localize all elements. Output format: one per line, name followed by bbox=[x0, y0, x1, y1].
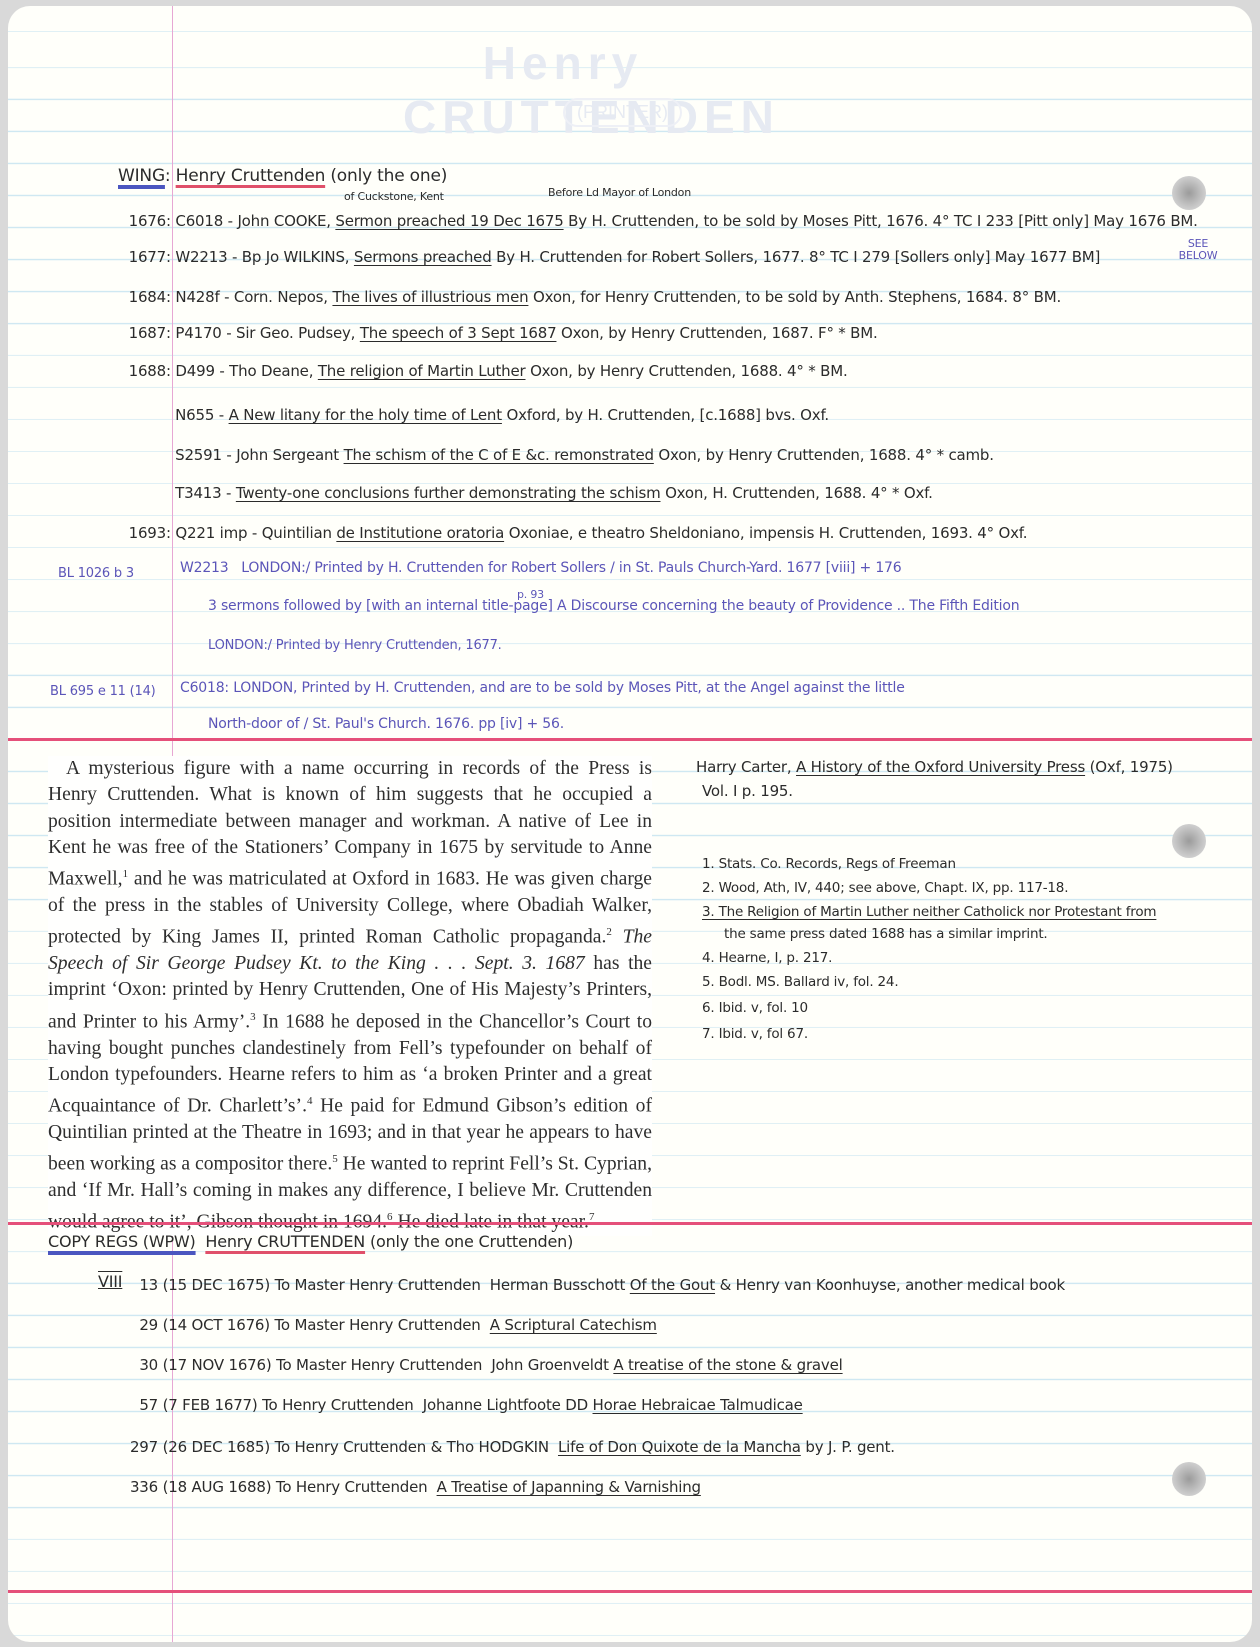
bl-note-1-line-3: LONDON:/ Printed by Henry Cruttenden, 16… bbox=[208, 638, 502, 653]
copy-regs-note: (only the one Cruttenden) bbox=[370, 1232, 573, 1251]
entry-author: John Sergeant bbox=[236, 446, 339, 464]
register-date: (26 DEC 1685) bbox=[163, 1438, 270, 1456]
entry-ref: N655 bbox=[175, 406, 214, 424]
wing-entry: T3413 - Twenty-one conclusions further d… bbox=[118, 484, 933, 502]
entry-title: The religion of Martin Luther bbox=[318, 362, 526, 380]
faded-subtitle: (PRINTER) bbox=[563, 98, 682, 127]
entry-imprint: Oxon, by Henry Cruttenden, 1688. 4° * ca… bbox=[658, 446, 993, 464]
register-to: To Master Henry Cruttenden bbox=[275, 1316, 481, 1334]
entry-ref: N428f bbox=[175, 288, 219, 306]
bl-note-2-line-1: C6018: LONDON, Printed by H. Cruttenden,… bbox=[180, 680, 905, 696]
entry-ref: D499 bbox=[175, 362, 214, 380]
register-rest: by J. P. gent. bbox=[805, 1438, 894, 1456]
wing-entry: 1688: D499 - Tho Deane, The religion of … bbox=[118, 362, 848, 380]
wing-entry: 1687: P4170 - Sir Geo. Pudsey, The speec… bbox=[118, 324, 878, 342]
wing-entry: S2591 - John Sergeant The schism of the … bbox=[118, 446, 994, 464]
footnote: 5. Bodl. MS. Ballard iv, fol. 24. bbox=[702, 974, 898, 990]
entry-year: 1677 bbox=[118, 248, 166, 266]
section-divider bbox=[8, 738, 1252, 741]
see-below-note: SEE BELOW bbox=[1178, 238, 1218, 262]
entry-author: Corn. Nepos, bbox=[234, 288, 328, 306]
register-entry: 30 (17 NOV 1676) To Master Henry Crutten… bbox=[108, 1356, 843, 1374]
register-date: (18 AUG 1688) bbox=[163, 1478, 272, 1496]
entry-year: 1688 bbox=[118, 362, 166, 380]
punch-hole bbox=[1172, 1462, 1206, 1496]
wing-name: Henry Cruttenden bbox=[176, 166, 326, 186]
wing-entry: 1684: N428f - Corn. Nepos, The lives of … bbox=[118, 288, 1061, 306]
entry-ref: Q221 imp bbox=[175, 524, 247, 542]
entry-year: 1693 bbox=[118, 524, 166, 542]
entry-title: The speech of 3 Sept 1687 bbox=[360, 324, 557, 342]
register-page: 13 bbox=[108, 1276, 158, 1294]
register-date: (14 OCT 1676) bbox=[163, 1316, 270, 1334]
bl-note-1-line-1: W2213 LONDON:/ Printed by H. Cruttenden … bbox=[180, 560, 901, 576]
entry-ref: P4170 bbox=[175, 324, 221, 342]
register-page: 297 bbox=[108, 1438, 158, 1456]
wing-note: (only the one) bbox=[330, 166, 447, 186]
entry-imprint: By H. Cruttenden, to be sold by Moses Pi… bbox=[568, 212, 1198, 230]
entry-title: Sermon preached 19 Dec 1675 bbox=[335, 212, 563, 230]
entry-ref: S2591 bbox=[175, 446, 222, 464]
entry-ref: C6018 bbox=[175, 212, 223, 230]
entry-author: Bp Jo WILKINS, bbox=[242, 248, 350, 266]
notebook-page: Henry CRUTTENDEN (PRINTER) WING: Henry C… bbox=[8, 6, 1252, 1642]
entry-imprint: Oxoniae, e theatro Sheldoniano, impensis… bbox=[509, 524, 1028, 542]
bl-note-2-line-2: North-door of / St. Paul's Church. 1676.… bbox=[208, 716, 564, 732]
footnote: 4. Hearne, I, p. 217. bbox=[702, 950, 832, 966]
register-page: 29 bbox=[108, 1316, 158, 1334]
register-title: Life of Don Quixote de la Mancha bbox=[558, 1438, 801, 1456]
wing-entry: N655 - A New litany for the holy time of… bbox=[118, 406, 829, 424]
register-title: A treatise of the stone & gravel bbox=[613, 1356, 842, 1374]
register-to: To Henry Cruttenden & Tho HODGKIN bbox=[275, 1438, 549, 1456]
footnote: 3. The Religion of Martin Luther neither… bbox=[702, 904, 1156, 920]
register-title: Horae Hebraicae Talmudicae bbox=[593, 1396, 803, 1414]
entry-year: 1676 bbox=[118, 212, 166, 230]
bl-shelfmark-2: BL 695 e 11 (14) bbox=[50, 684, 156, 699]
entry-title: Twenty-one conclusions further demonstra… bbox=[236, 484, 661, 502]
register-entry: 57 (7 FEB 1677) To Henry Cruttenden Joha… bbox=[108, 1396, 803, 1414]
entry-ref: T3413 bbox=[175, 484, 221, 502]
entry-title: The schism of the C of E &c. remonstrate… bbox=[344, 446, 654, 464]
copy-regs-heading: COPY REGS (WPW) Henry CRUTTENDEN (only t… bbox=[48, 1232, 573, 1251]
wing-label: WING bbox=[118, 166, 165, 186]
entry-author: Sir Geo. Pudsey, bbox=[236, 324, 355, 342]
footnote: 6. Ibid. v, fol. 10 bbox=[702, 1000, 808, 1016]
bl-note-1-line-2: 3 sermons followed by [with an internal … bbox=[208, 598, 1019, 614]
entry-author: Tho Deane, bbox=[229, 362, 313, 380]
wing-entry: 1676: C6018 - John COOKE, Sermon preache… bbox=[118, 212, 1198, 230]
footnote: 2. Wood, Ath, IV, 440; see above, Chapt.… bbox=[702, 880, 1068, 896]
register-date: (15 DEC 1675) bbox=[163, 1276, 270, 1294]
register-entry: 297 (26 DEC 1685) To Henry Cruttenden & … bbox=[108, 1438, 895, 1456]
register-title: A Treatise of Japanning & Varnishing bbox=[437, 1478, 701, 1496]
register-title: A Scriptural Catechism bbox=[490, 1316, 657, 1334]
bl-shelfmark-1: BL 1026 b 3 bbox=[58, 566, 134, 581]
punch-hole bbox=[1172, 824, 1206, 858]
entry-imprint: Oxford, by H. Cruttenden, [c.1688] bvs. … bbox=[506, 406, 829, 424]
register-entry: 13 (15 DEC 1675) To Master Henry Crutten… bbox=[108, 1276, 1065, 1294]
entry-title: de Institutione oratoria bbox=[336, 524, 504, 542]
entry-year: 1684 bbox=[118, 288, 166, 306]
wing-heading: WING: Henry Cruttenden (only the one) bbox=[118, 166, 447, 186]
entry-year: 1687 bbox=[118, 324, 166, 342]
copy-regs-name: Henry CRUTTENDEN bbox=[205, 1232, 365, 1251]
wing-entry: 1677: W2213 - Bp Jo WILKINS, Sermons pre… bbox=[118, 248, 1100, 266]
copy-regs-label: COPY REGS (WPW) bbox=[48, 1232, 196, 1251]
entry-imprint: By H. Cruttenden for Robert Sollers, 167… bbox=[496, 248, 1100, 266]
section-divider bbox=[8, 1590, 1252, 1593]
register-page: 336 bbox=[108, 1478, 158, 1496]
annotation-author: of Cuckstone, Kent bbox=[344, 190, 444, 203]
entry-title: Sermons preached bbox=[354, 248, 492, 266]
register-author: Herman Busschott bbox=[490, 1276, 625, 1294]
entry-imprint: Oxon, by Henry Cruttenden, 1687. F° * BM… bbox=[561, 324, 878, 342]
entry-ref: W2213 bbox=[175, 248, 227, 266]
faded-title: Henry CRUTTENDEN bbox=[403, 36, 723, 144]
section-divider bbox=[8, 1222, 1252, 1225]
wing-entry: 1693: Q221 imp - Quintilian de Instituti… bbox=[118, 524, 1027, 542]
entry-title: The lives of illustrious men bbox=[332, 288, 528, 306]
source-citation: Harry Carter, A History of the Oxford Un… bbox=[696, 758, 1173, 776]
register-to: To Master Henry Cruttenden bbox=[275, 1276, 481, 1294]
entry-author: John COOKE, bbox=[237, 212, 330, 230]
register-page: 57 bbox=[108, 1396, 158, 1414]
punch-hole bbox=[1172, 176, 1206, 210]
register-to: To Master Henry Cruttenden bbox=[276, 1356, 482, 1374]
entry-imprint: Oxon, for Henry Cruttenden, to be sold b… bbox=[533, 288, 1061, 306]
register-rest: & Henry van Koonhuyse, another medical b… bbox=[720, 1276, 1065, 1294]
footnote: the same press dated 1688 has a similar … bbox=[724, 926, 1048, 942]
register-author: Johanne Lightfoote DD bbox=[423, 1396, 588, 1414]
footnote: 1. Stats. Co. Records, Regs of Freeman bbox=[702, 856, 956, 872]
register-entry: 29 (14 OCT 1676) To Master Henry Crutten… bbox=[108, 1316, 657, 1334]
register-to: To Henry Cruttenden bbox=[276, 1478, 428, 1496]
annotation-title: Before Ld Mayor of London bbox=[548, 186, 691, 199]
register-to: To Henry Cruttenden bbox=[262, 1396, 414, 1414]
register-entry: 336 (18 AUG 1688) To Henry Cruttenden A … bbox=[108, 1478, 701, 1496]
source-volume: Vol. I p. 195. bbox=[702, 782, 793, 800]
entry-title: A New litany for the holy time of Lent bbox=[229, 406, 502, 424]
entry-author: Quintilian bbox=[262, 524, 332, 542]
register-title: Of the Gout bbox=[630, 1276, 715, 1294]
register-page: 30 bbox=[108, 1356, 158, 1374]
entry-imprint: Oxon, H. Cruttenden, 1688. 4° * Oxf. bbox=[665, 484, 933, 502]
footnote: 7. Ibid. v, fol 67. bbox=[702, 1026, 808, 1042]
register-date: (7 FEB 1677) bbox=[163, 1396, 258, 1414]
register-author: John Groenveldt bbox=[491, 1356, 608, 1374]
register-date: (17 NOV 1676) bbox=[163, 1356, 272, 1374]
printed-excerpt: A mysterious figure with a name occurrin… bbox=[48, 756, 652, 1236]
entry-imprint: Oxon, by Henry Cruttenden, 1688. 4° * BM… bbox=[530, 362, 847, 380]
